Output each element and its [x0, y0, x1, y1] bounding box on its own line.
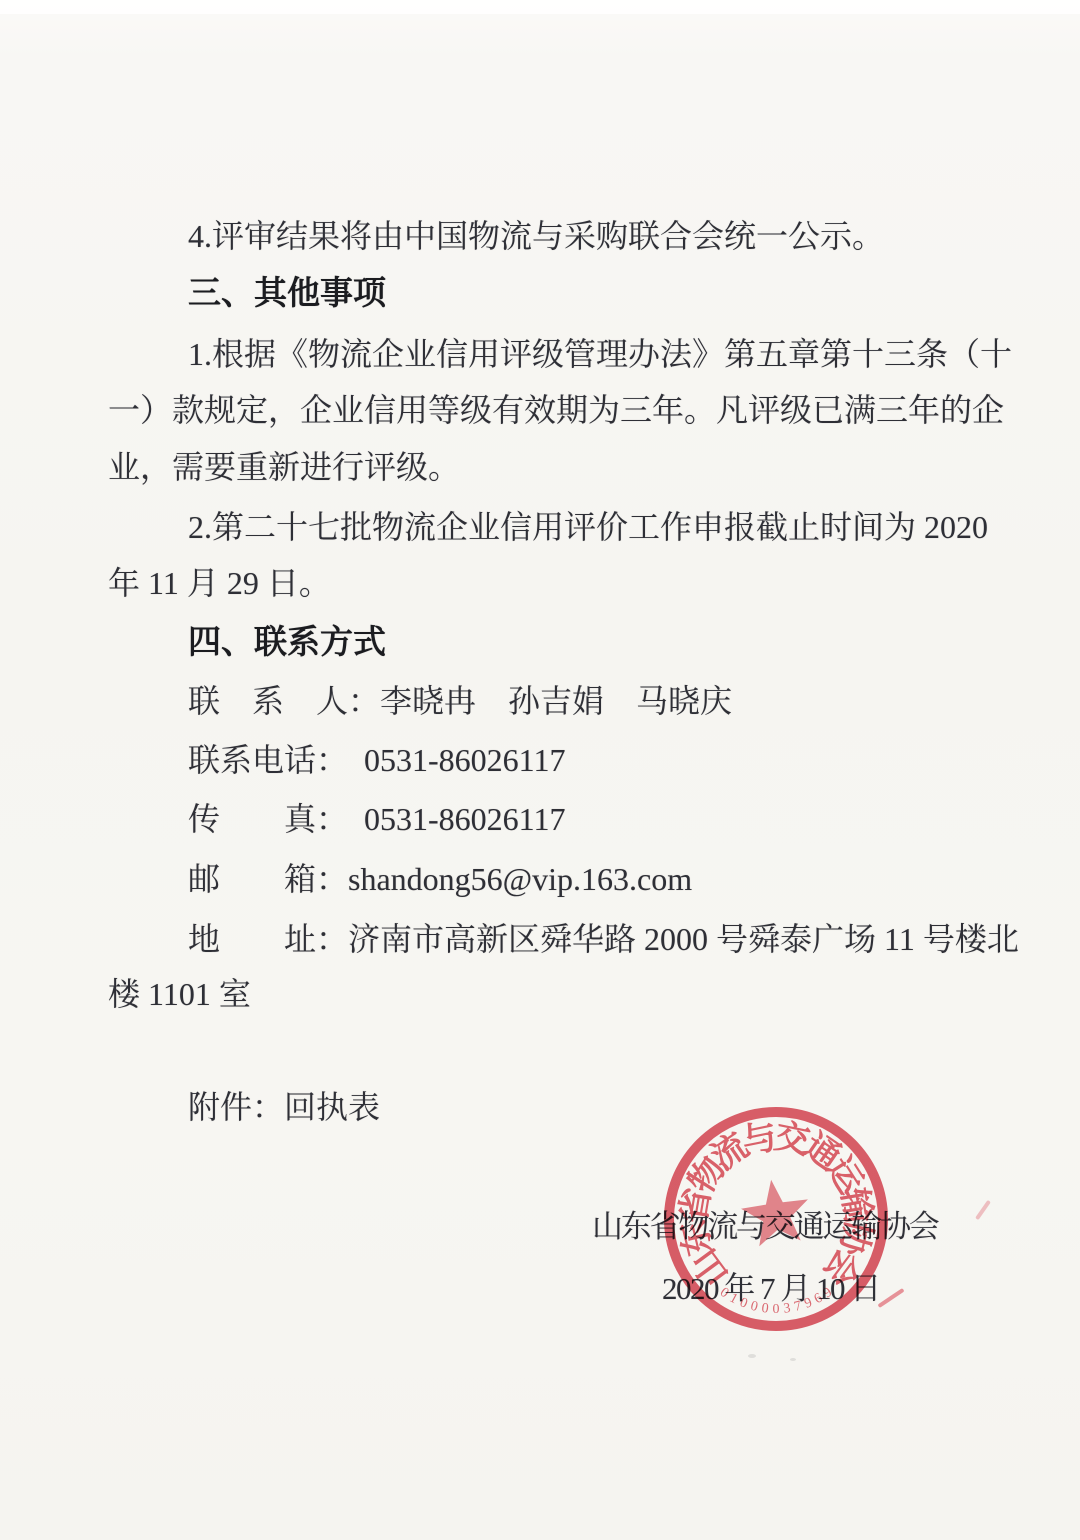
official-seal: 山东省物流与交通运输协会 01000037969	[660, 1103, 892, 1335]
contact-email-line: 邮 箱：shandong56@vip.163.com	[188, 861, 692, 898]
stray-ink-mark-2	[975, 1200, 991, 1220]
svg-text:9: 9	[821, 1285, 835, 1301]
heading-contact-info: 四、联系方式	[188, 623, 386, 661]
para-other-1-line2: 一）款规定，企业信用等级有效期为三年。凡评级已满三年的企	[108, 392, 1004, 429]
para-other-1-line3: 业，需要重新进行评级。	[108, 449, 460, 486]
scan-speck-2	[790, 1358, 796, 1361]
para-other-2-line1: 2.第二十七批物流企业信用评价工作申报截止时间为 2020	[188, 509, 988, 546]
svg-text:0: 0	[738, 1295, 750, 1312]
para-result-notice: 4.评审结果将由中国物流与采购联合会统一公示。	[188, 218, 884, 255]
svg-text:1: 1	[727, 1291, 740, 1308]
contact-address-line1: 地 址：济南市高新区舜华路 2000 号舜泰广场 11 号楼北	[188, 921, 1019, 958]
attachment-note: 附件：回执表	[188, 1089, 380, 1126]
svg-text:0: 0	[761, 1301, 770, 1317]
scanned-letter-page: 4.评审结果将由中国物流与采购联合会统一公示。 三、其他事项 1.根据《物流企业…	[0, 0, 1080, 1540]
svg-text:0: 0	[749, 1299, 759, 1315]
contact-address-line2: 楼 1101 室	[108, 976, 251, 1013]
svg-text:7: 7	[793, 1299, 803, 1315]
contact-phone-line: 联系电话： 0531-86026117	[188, 742, 565, 779]
seal-serial-number: 01000037969	[717, 1285, 835, 1317]
svg-text:3: 3	[783, 1301, 792, 1317]
heading-other-matters: 三、其他事项	[188, 274, 386, 312]
para-other-2-line2: 年 11 月 29 日。	[108, 565, 331, 602]
seal-star-icon	[741, 1180, 808, 1247]
para-other-1-line1: 1.根据《物流企业信用评级管理办法》第五章第十三条（十	[188, 336, 1012, 373]
contact-person-line: 联 系 人：李晓冉 孙吉娟 马晓庆	[188, 683, 732, 720]
svg-text:0: 0	[773, 1302, 780, 1317]
contact-fax-line: 传 真： 0531-86026117	[188, 801, 565, 838]
scan-edge	[0, 0, 1080, 14]
scan-speck	[748, 1354, 756, 1358]
svg-text:9: 9	[802, 1295, 814, 1312]
